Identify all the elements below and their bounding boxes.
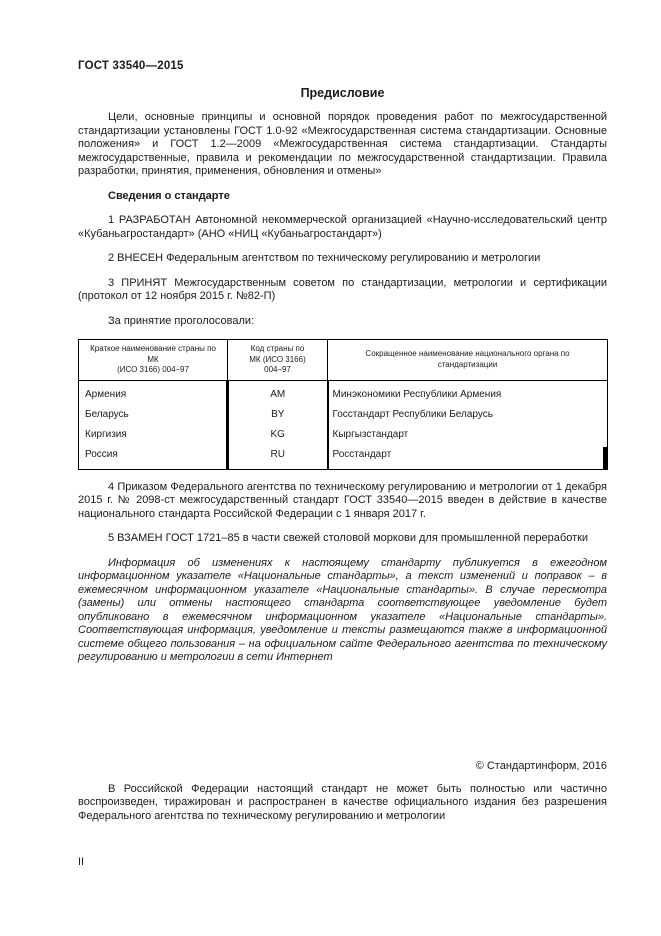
header-national-body: Сокращенное наименование национального о… — [328, 340, 608, 381]
page-content: ГОСТ 33540—2015 Предисловие Цели, основн… — [78, 60, 607, 834]
cell-body: Росстандарт — [328, 445, 608, 470]
scan-artifact-bar — [603, 447, 607, 470]
cell-code: KG — [228, 425, 328, 445]
item-5-replaces: 5 ВЗАМЕН ГОСТ 1721–85 в части свежей сто… — [78, 532, 607, 546]
cell-code: RU — [228, 445, 328, 470]
table-row: Россия RU Росстандарт — [79, 445, 608, 470]
standard-info-heading: Сведения о стандарте — [78, 190, 607, 204]
cell-country: Армения — [79, 380, 228, 405]
table-row: Киргизия KG Кыргызстандарт — [79, 425, 608, 445]
cell-body: Госстандарт Республики Беларусь — [328, 405, 608, 425]
vote-intro: За принятие проголосовали: — [78, 315, 607, 329]
cell-country: Киргизия — [79, 425, 228, 445]
amendments-notice: Информация об изменениях к настоящему ст… — [78, 557, 607, 665]
intro-paragraph: Цели, основные принципы и основной поряд… — [78, 111, 607, 179]
cell-code: AM — [228, 380, 328, 405]
vote-table-wrap: Краткое наименование страны по МК (ИСО 3… — [78, 339, 607, 470]
page-title: Предисловие — [78, 86, 607, 100]
table-row: Беларусь BY Госстандарт Республики Белар… — [79, 405, 608, 425]
header-country-code: Код страны по МК (ИСО 3166) 004–97 — [228, 340, 328, 381]
header-country: Краткое наименование страны по МК (ИСО 3… — [79, 340, 228, 381]
cell-code: BY — [228, 405, 328, 425]
document-page: ГОСТ 33540—2015 Предисловие Цели, основн… — [0, 0, 661, 936]
cell-country: Россия — [79, 445, 228, 470]
cell-body: Кыргызстандарт — [328, 425, 608, 445]
item-2-submitted: 2 ВНЕСЕН Федеральным агентством по техни… — [78, 252, 607, 266]
item-4-enacted: 4 Приказом Федерального агентства по тех… — [78, 481, 607, 522]
cell-country: Беларусь — [79, 405, 228, 425]
cell-body: Минэкономики Республики Армения — [328, 380, 608, 405]
copyright-notice: © Стандартинформ, 2016 — [78, 760, 607, 772]
vote-table: Краткое наименование страны по МК (ИСО 3… — [78, 339, 608, 470]
item-3-adopted: 3 ПРИНЯТ Межгосударственным советом по с… — [78, 277, 607, 304]
reproduction-restriction: В Российской Федерации настоящий стандар… — [78, 783, 607, 824]
table-row: Армения AM Минэкономики Республики Армен… — [79, 380, 608, 405]
page-number: II — [78, 856, 84, 868]
doc-number: ГОСТ 33540—2015 — [78, 60, 607, 72]
item-1-developed: 1 РАЗРАБОТАН Автономной некоммерческой о… — [78, 214, 607, 241]
vote-table-header-row: Краткое наименование страны по МК (ИСО 3… — [79, 340, 608, 381]
